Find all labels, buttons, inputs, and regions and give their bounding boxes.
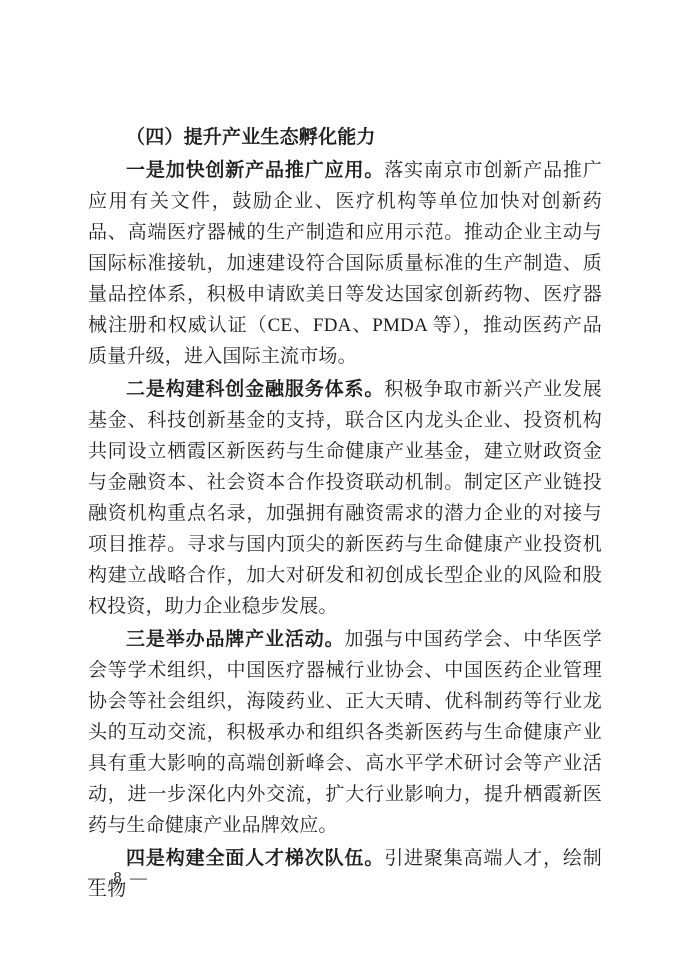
page-number: — 8 — (88, 868, 149, 887)
paragraph-3: 三是举办品牌产业活动。加强与中国药学会、中华医学会等学术组织，中国医疗器械行业协… (88, 624, 602, 841)
paragraph-1-text: 落实南京市创新产品推广应用有关文件，鼓励企业、医疗机构等单位加快对创新药品、高端… (88, 160, 602, 367)
paragraph-4: 四是构建全面人才梯次队伍。引进聚集高端人才，绘制生物 (88, 843, 602, 905)
document-page: （四）提升产业生态孵化能力 一是加快创新产品推广应用。落实南京市创新产品推广应用… (0, 0, 680, 962)
paragraph-2-text: 积极争取市新兴产业发展基金、科技创新基金的支持，联合区内龙头企业、投资机构共同设… (88, 379, 602, 617)
paragraph-3-lead: 三是举办品牌产业活动。 (126, 629, 344, 650)
document-body: （四）提升产业生态孵化能力 一是加快创新产品推广应用。落实南京市创新产品推广应用… (88, 122, 602, 905)
paragraph-2: 二是构建科创金融服务体系。积极争取市新兴产业发展基金、科技创新基金的支持，联合区… (88, 374, 602, 622)
paragraph-1-lead: 一是加快创新产品推广应用。 (126, 160, 384, 181)
paragraph-1: 一是加快创新产品推广应用。落实南京市创新产品推广应用有关文件，鼓励企业、医疗机构… (88, 155, 602, 372)
section-heading: （四）提升产业生态孵化能力 (88, 122, 602, 153)
paragraph-2-lead: 二是构建科创金融服务体系。 (126, 379, 384, 400)
paragraph-4-lead: 四是构建全面人才梯次队伍。 (126, 848, 384, 869)
paragraph-3-text: 加强与中国药学会、中华医学会等学术组织，中国医疗器械行业协会、中国医药企业管理协… (88, 629, 602, 836)
page-footer: — 8 — (88, 868, 149, 888)
